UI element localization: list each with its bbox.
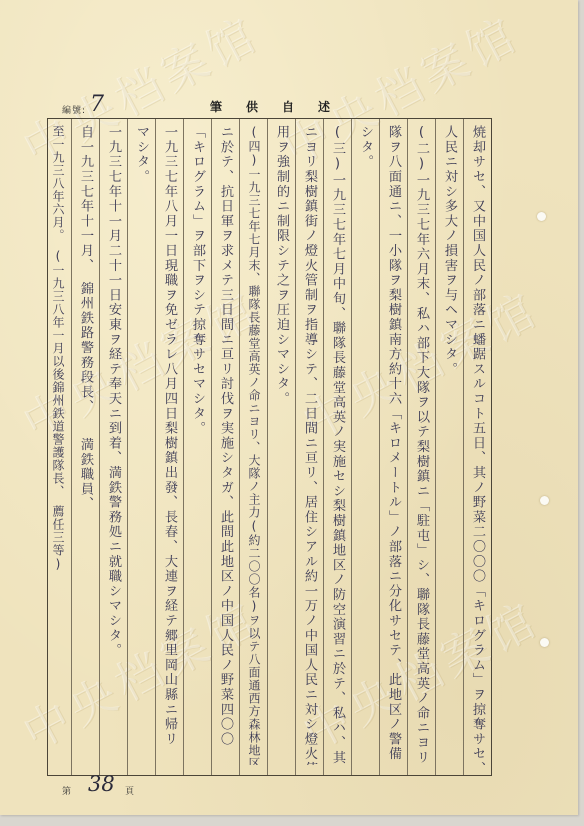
column-text: 一九三七年十一月二十一日安東ヲ経テ奉天ニ到着、満鉄警務処ニ就職シマシタ。 [100,125,127,765]
manuscript-grid: 焼却サセ、又中国人民ノ部落ニ蟠踞スルコト五日、其ノ野菜二〇〇〇「キログラム」ヲ掠… [47,118,492,776]
text-column: 焼却サセ、又中国人民ノ部落ニ蟠踞スルコト五日、其ノ野菜二〇〇〇「キログラム」ヲ掠… [463,119,491,775]
column-text: ニ於テ、抗日軍ヲ求メテ三日間ニ亘リ討伐ヲ実施シタガ、此間此地区ノ中国人民ノ野菜四… [212,125,239,765]
text-column: 至一九三八年六月。 (一九三八年一月以後錦州鉄道警護隊長、 薦任三等) [44,119,71,775]
text-column: 「キログラム」ヲ部下ヲシテ掠奪サセマシタ。 [183,119,211,775]
column-text: 人民ニ対シ多大ノ損害ヲ与ヘマシタ。 [436,125,463,765]
page-label-prefix: 第 [62,784,71,797]
title-char: 述 [318,98,330,115]
text-column: (三)一九三七年七月中旬、聯隊長藤堂高英ノ実施セシ梨樹鎮地区ノ防空演習ニ於テ、私… [323,119,351,775]
text-column: 一九三七年八月一日現職ヲ免ゼラレ八月四日梨樹鎮出發、長春、大連ヲ経テ郷里岡山縣ニ… [155,119,183,775]
column-text: 一九三七年八月一日現職ヲ免ゼラレ八月四日梨樹鎮出發、長春、大連ヲ経テ郷里岡山縣ニ… [156,125,183,765]
serial-number: 7 [90,92,104,117]
text-column: ニヨリ梨樹鎮街ノ燈火管制ヲ指導シテ、二日間ニ亘リ、居住シアル約一万ノ中国人民ニ対… [295,119,323,775]
column-text: マシタ。 [128,125,155,765]
title-char: 自 [282,98,294,115]
text-column: マシタ。 [127,119,155,775]
column-text: 至一九三八年六月。 (一九三八年一月以後錦州鉄道警護隊長、 薦任三等) [44,125,71,765]
column-text: (二)一九三七年六月末、私ハ部下大隊ヲ以テ梨樹鎮ニ「駐屯」シ、聯隊長藤堂高英ノ命… [408,125,435,765]
column-text: 焼却サセ、又中国人民ノ部落ニ蟠踞スルコト五日、其ノ野菜二〇〇〇「キログラム」ヲ掠… [464,125,491,765]
title-char: 筆 [210,98,222,115]
text-column: シタ。 [351,119,379,775]
page-title: 述 自 供 筆 [210,98,330,115]
text-column: (二)一九三七年六月末、私ハ部下大隊ヲ以テ梨樹鎮ニ「駐屯」シ、聯隊長藤堂高英ノ命… [407,119,435,775]
text-column: 用ヲ強制的ニ制限シテ之ヲ圧迫シマシタ。 [267,119,295,775]
column-text: 「キログラム」ヲ部下ヲシテ掠奪サセマシタ。 [184,125,211,765]
text-column: (四)一九三七年七月末、聯隊長藤堂高英ノ命ニヨリ、大隊ノ主力(約二〇〇名)ヲ以テ… [239,119,267,775]
title-char: 供 [246,98,258,115]
column-text: 用ヲ強制的ニ制限シテ之ヲ圧迫シマシタ。 [268,125,295,765]
binding-hole [540,496,549,505]
page-label-suffix: 頁 [125,784,134,797]
text-column: 隊ヲ八面通ニ、一小隊ヲ梨樹鎮南方約十六「キロメートル」ノ部落ニ分化サセテ、此地区… [379,119,407,775]
page-number: 38 [88,772,115,796]
column-text: シタ。 [352,125,379,765]
serial-label: 編號: [62,103,86,116]
binding-hole [540,638,549,647]
text-column: 人民ニ対シ多大ノ損害ヲ与ヘマシタ。 [435,119,463,775]
column-text: 自一九三七年十一月、 錦州鉄路警務段長、 満鉄職員、 [72,125,99,765]
text-column: ニ於テ、抗日軍ヲ求メテ三日間ニ亘リ討伐ヲ実施シタガ、此間此地区ノ中国人民ノ野菜四… [211,119,239,775]
column-text: (三)一九三七年七月中旬、聯隊長藤堂高英ノ実施セシ梨樹鎮地区ノ防空演習ニ於テ、私… [324,125,351,765]
text-column: 一九三七年十一月二十一日安東ヲ経テ奉天ニ到着、満鉄警務処ニ就職シマシタ。 [99,119,127,775]
binding-hole [537,212,546,221]
document-page: 中央档案馆 中央档案馆 中央档案馆 中央档案馆 中央档案馆 中央档案馆 編號: … [0,0,578,815]
text-column: 自一九三七年十一月、 錦州鉄路警務段長、 満鉄職員、 [71,119,99,775]
column-text: ニヨリ梨樹鎮街ノ燈火管制ヲ指導シテ、二日間ニ亘リ、居住シアル約一万ノ中国人民ニ対… [296,125,323,765]
column-text: (四)一九三七年七月末、聯隊長藤堂高英ノ命ニヨリ、大隊ノ主力(約二〇〇名)ヲ以テ… [240,125,267,765]
column-text: 隊ヲ八面通ニ、一小隊ヲ梨樹鎮南方約十六「キロメートル」ノ部落ニ分化サセテ、此地区… [380,125,407,765]
